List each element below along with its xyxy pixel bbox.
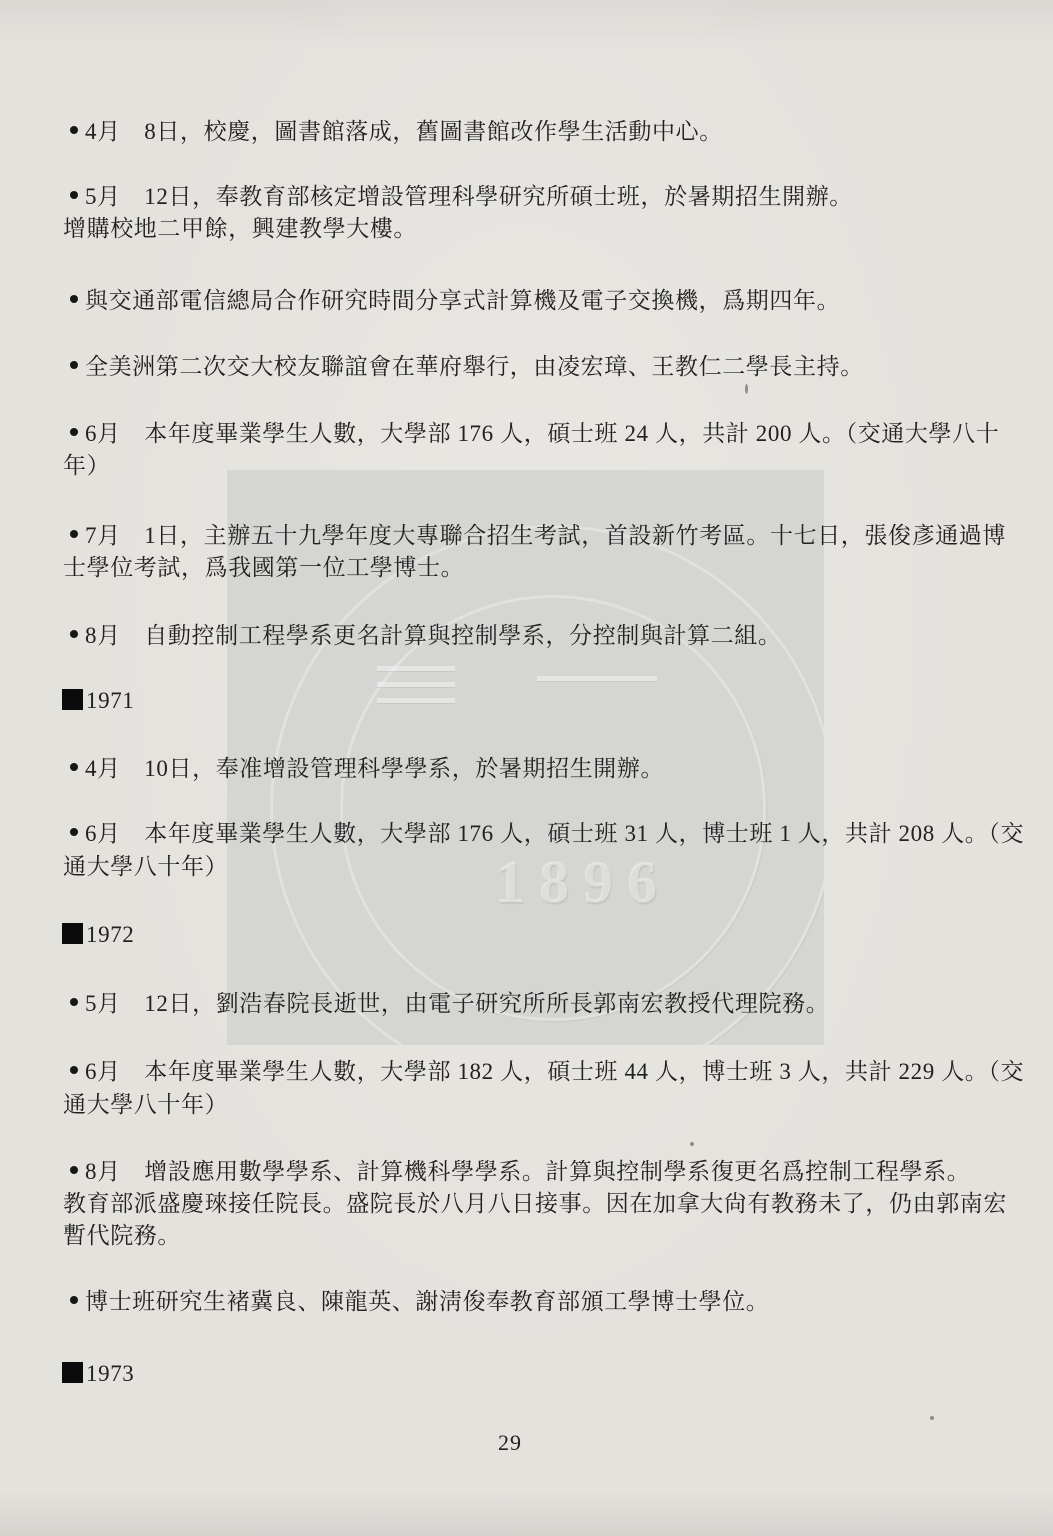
timeline-entry: 8月 增設應用數學學系、計算機科學學系。計算與控制學系復更名爲控制工程學系。	[70, 1158, 970, 1185]
bullet-icon	[70, 530, 78, 538]
bullet-icon	[70, 1166, 78, 1174]
timeline-entry: 6月 本年度畢業學生人數，大學部 176 人，碩士班 24 人，共計 200 人…	[70, 420, 999, 447]
embossed-ridge	[377, 682, 455, 687]
ink-speck	[745, 384, 748, 394]
year-heading: 1972	[62, 921, 134, 948]
timeline-entry: 4月 10日，奉准增設管理科學學系，於暑期招生開辦。	[70, 755, 664, 782]
entry-text: 8月 增設應用數學學系、計算機科學學系。計算與控制學系復更名爲控制工程學系。	[85, 1159, 970, 1184]
entry-text: 6月 本年度畢業學生人數，大學部 182 人，碩士班 44 人，博士班 3 人，…	[85, 1059, 1024, 1084]
entry-text: 5月 12日，奉教育部核定增設管理科學研究所碩士班，於暑期招生開辦。	[85, 184, 853, 209]
timeline-entry: 8月 自動控制工程學系更名計算與控制學系，分控制與計算二組。	[70, 622, 782, 649]
timeline-entry: 與交通部電信總局合作研究時間分享式計算機及電子交換機，爲期四年。	[70, 287, 840, 314]
entry-text: 增購校地二甲餘，興建教學大樓。	[63, 216, 417, 241]
page-number: 29	[498, 1430, 522, 1456]
timeline-entry: 博士班研究生褚冀良、陳龍英、謝淸俊奉教育部頒工學博士學位。	[70, 1288, 769, 1315]
bullet-icon	[70, 1296, 78, 1304]
embossed-seal-inner-ring	[340, 595, 766, 1021]
year-heading: 1973	[62, 1360, 134, 1387]
bullet-icon	[70, 1066, 78, 1074]
entry-text: 8月 自動控制工程學系更名計算與控制學系，分控制與計算二組。	[85, 623, 782, 648]
timeline-entry-continuation: 暫代院務。	[63, 1222, 181, 1249]
entry-text: 5月 12日，劉浩春院長逝世，由電子研究所所長郭南宏教授代理院務。	[85, 991, 829, 1016]
year-text: 1971	[86, 688, 134, 713]
bullet-icon	[70, 763, 78, 771]
timeline-entry-continuation: 通大學八十年）	[63, 1091, 228, 1118]
bullet-icon	[70, 295, 78, 303]
entry-text: 6月 本年度畢業學生人數，大學部 176 人，碩士班 31 人，博士班 1 人，…	[85, 821, 1024, 846]
year-text: 1972	[86, 922, 134, 947]
embossed-seal-year-1896: 1896	[495, 848, 671, 917]
year-marker-square-icon	[62, 689, 83, 710]
bullet-icon	[70, 998, 78, 1006]
entry-text: 全美洲第二次交大校友聯誼會在華府舉行，由凌宏璋、王教仁二學長主持。	[85, 354, 864, 379]
entry-text: 與交通部電信總局合作研究時間分享式計算機及電子交換機，爲期四年。	[85, 288, 840, 313]
entry-text: 教育部派盛慶琜接任院長。盛院長於八月八日接事。因在加拿大尙有教務未了，仍由郭南宏	[63, 1191, 1007, 1216]
scanned-document-page: 1896 4月 8日，校慶，圖書館落成，舊圖書館改作學生活動中心。 5月 12日…	[0, 0, 1053, 1536]
entry-text: 6月 本年度畢業學生人數，大學部 176 人，碩士班 24 人，共計 200 人…	[85, 421, 999, 446]
year-marker-square-icon	[62, 1362, 83, 1383]
entry-text: 4月 8日，校慶，圖書館落成，舊圖書館改作學生活動中心。	[85, 119, 723, 144]
timeline-entry: 7月 1日，主辦五十九學年度大專聯合招生考試，首設新竹考區。十七日，張俊彥通過博	[70, 522, 1006, 549]
entry-text: 暫代院務。	[63, 1223, 181, 1248]
bullet-icon	[70, 630, 78, 638]
bullet-icon	[70, 428, 78, 436]
entry-text: 4月 10日，奉准增設管理科學學系，於暑期招生開辦。	[85, 756, 664, 781]
year-heading: 1971	[62, 687, 134, 714]
timeline-entry: 5月 12日，劉浩春院長逝世，由電子研究所所長郭南宏教授代理院務。	[70, 990, 829, 1017]
year-text: 1973	[86, 1361, 134, 1386]
entry-text: 博士班研究生褚冀良、陳龍英、謝淸俊奉教育部頒工學博士學位。	[85, 1289, 769, 1314]
embossed-ridge	[377, 666, 455, 671]
embossed-ridge	[537, 676, 657, 681]
entry-text: 士學位考試，爲我國第一位工學博士。	[63, 555, 464, 580]
bullet-icon	[70, 828, 78, 836]
bullet-icon	[70, 191, 78, 199]
entry-text: 通大學八十年）	[63, 854, 228, 879]
timeline-entry-continuation: 增購校地二甲餘，興建教學大樓。	[63, 215, 417, 242]
timeline-entry-continuation: 士學位考試，爲我國第一位工學博士。	[63, 554, 464, 581]
year-marker-square-icon	[62, 923, 83, 944]
entry-text: 7月 1日，主辦五十九學年度大專聯合招生考試，首設新竹考區。十七日，張俊彥通過博	[85, 523, 1006, 548]
bullet-icon	[70, 361, 78, 369]
timeline-entry-continuation: 通大學八十年）	[63, 853, 228, 880]
ink-speck	[690, 1142, 694, 1146]
embossed-ridge	[377, 698, 455, 703]
timeline-entry: 6月 本年度畢業學生人數，大學部 176 人，碩士班 31 人，博士班 1 人，…	[70, 820, 1024, 847]
ink-speck	[930, 1416, 934, 1420]
bullet-icon	[70, 126, 78, 134]
timeline-entry: 6月 本年度畢業學生人數，大學部 182 人，碩士班 44 人，博士班 3 人，…	[70, 1058, 1024, 1085]
entry-text: 年）	[63, 453, 110, 478]
timeline-entry: 5月 12日，奉教育部核定增設管理科學研究所碩士班，於暑期招生開辦。	[70, 183, 853, 210]
timeline-entry-continuation: 教育部派盛慶琜接任院長。盛院長於八月八日接事。因在加拿大尙有教務未了，仍由郭南宏	[63, 1190, 1007, 1217]
entry-text: 通大學八十年）	[63, 1092, 228, 1117]
timeline-entry: 全美洲第二次交大校友聯誼會在華府舉行，由凌宏璋、王教仁二學長主持。	[70, 353, 864, 380]
timeline-entry-continuation: 年）	[63, 452, 110, 479]
timeline-entry: 4月 8日，校慶，圖書館落成，舊圖書館改作學生活動中心。	[70, 118, 723, 145]
